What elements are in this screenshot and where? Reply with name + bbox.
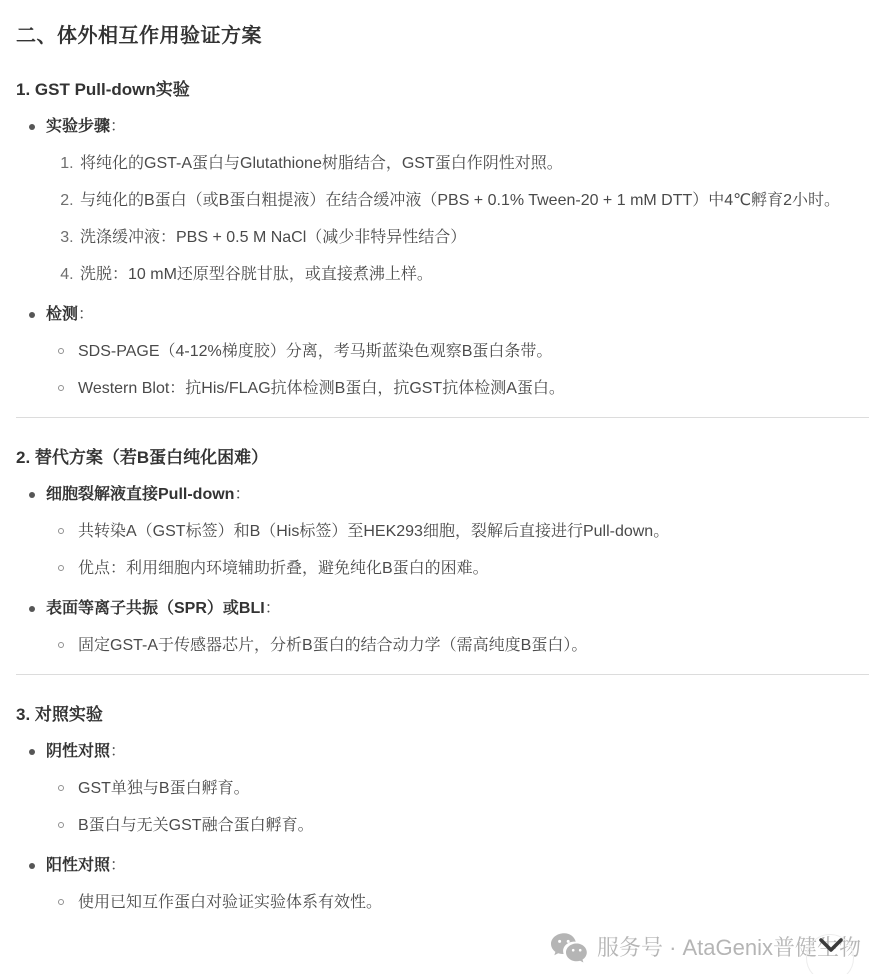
bullet-dot-icon xyxy=(29,124,35,130)
section3-heading: 3. 对照实验 xyxy=(16,703,869,727)
section-alternatives: 2. 替代方案（若B蛋白纯化困难） 细胞裂解液直接Pull-down： 共转染A… xyxy=(16,446,869,661)
negative-label-line: 阴性对照： xyxy=(46,737,869,767)
section-gst-pulldown: 1. GST Pull-down实验 实验步骤： 将纯化的GST-A蛋白与Glu… xyxy=(16,78,869,404)
detect-item-1: SDS-PAGE（4-12%梯度胶）分离，考马斯蓝染色观察B蛋白条带。 xyxy=(46,337,869,367)
bullet-dot-icon xyxy=(29,492,35,498)
circle-bullet-icon xyxy=(58,899,64,905)
spr-label: 表面等离子共振（SPR）或BLI xyxy=(46,600,265,617)
circle-bullet-icon xyxy=(58,642,64,648)
bullet-dot-icon xyxy=(29,312,35,318)
article-page: { "doc": { "title": "二、体外相互作用验证方案", "sec… xyxy=(0,0,885,974)
circle-bullet-icon xyxy=(58,785,64,791)
step-item-3: 洗涤缓冲液：PBS + 0.5 M NaCl（减少非特异性结合） xyxy=(78,223,869,253)
section2-bullet-list: 细胞裂解液直接Pull-down： 共转染A（GST标签）和B（His标签）至H… xyxy=(16,480,869,661)
lysate-sub-list: 共转染A（GST标签）和B（His标签）至HEK293细胞，裂解后直接进行Pul… xyxy=(46,517,869,584)
positive-sub-list: 使用已知互作蛋白对验证实验体系有效性。 xyxy=(46,888,869,918)
detect-sub-list: SDS-PAGE（4-12%梯度胶）分离，考马斯蓝染色观察B蛋白条带。 West… xyxy=(46,337,869,404)
section2-heading: 2. 替代方案（若B蛋白纯化困难） xyxy=(16,446,869,470)
positive-label: 阳性对照 xyxy=(46,857,110,874)
detect-colon: ： xyxy=(78,306,94,323)
section-divider xyxy=(16,417,869,418)
negative-colon: ： xyxy=(110,743,126,760)
page-title: 二、体外相互作用验证方案 xyxy=(16,22,869,50)
negative-label: 阴性对照 xyxy=(46,743,110,760)
circle-bullet-icon xyxy=(58,822,64,828)
section-divider xyxy=(16,674,869,675)
steps-numbered-list: 将纯化的GST-A蛋白与Glutathione树脂结合，GST蛋白作阴性对照。 … xyxy=(46,149,869,290)
bullet-positive-control: 阳性对照： 使用已知互作蛋白对验证实验体系有效性。 xyxy=(16,851,869,918)
step-item-1: 将纯化的GST-A蛋白与Glutathione树脂结合，GST蛋白作阴性对照。 xyxy=(78,149,869,179)
steps-colon: ： xyxy=(110,118,126,135)
spr-label-line: 表面等离子共振（SPR）或BLI： xyxy=(46,594,869,624)
section3-bullet-list: 阴性对照： GST单独与B蛋白孵育。 B蛋白与无关GST融合蛋白孵育。 阳性对照… xyxy=(16,737,869,918)
steps-label-line: 实验步骤： xyxy=(46,112,869,142)
detect-item-2: Western Blot：抗His/FLAG抗体检测B蛋白，抗GST抗体检测A蛋… xyxy=(46,374,869,404)
spr-item-1: 固定GST-A于传感器芯片，分析B蛋白的结合动力学（需高纯度B蛋白）。 xyxy=(46,631,869,661)
article-body: 二、体外相互作用验证方案 1. GST Pull-down实验 实验步骤： 将纯… xyxy=(0,0,885,918)
positive-item-1: 使用已知互作蛋白对验证实验体系有效性。 xyxy=(46,888,869,918)
bullet-dot-icon xyxy=(29,749,35,755)
bullet-dot-icon xyxy=(29,863,35,869)
section-controls: 3. 对照实验 阴性对照： GST单独与B蛋白孵育。 B蛋白与无关GST融合蛋白… xyxy=(16,703,869,918)
lysate-label-line: 细胞裂解液直接Pull-down： xyxy=(46,480,869,510)
negative-item-2: B蛋白与无关GST融合蛋白孵育。 xyxy=(46,811,869,841)
bullet-steps: 实验步骤： 将纯化的GST-A蛋白与Glutathione树脂结合，GST蛋白作… xyxy=(16,112,869,290)
detect-label: 检测 xyxy=(46,306,78,323)
spr-sub-list: 固定GST-A于传感器芯片，分析B蛋白的结合动力学（需高纯度B蛋白）。 xyxy=(46,631,869,661)
negative-sub-list: GST单独与B蛋白孵育。 B蛋白与无关GST融合蛋白孵育。 xyxy=(46,774,869,841)
lysate-item-2: 优点：利用细胞内环境辅助折叠，避免纯化B蛋白的困难。 xyxy=(46,554,869,584)
bullet-spr-bli: 表面等离子共振（SPR）或BLI： 固定GST-A于传感器芯片，分析B蛋白的结合… xyxy=(16,594,869,661)
negative-item-1: GST单独与B蛋白孵育。 xyxy=(46,774,869,804)
circle-bullet-icon xyxy=(58,348,64,354)
positive-colon: ： xyxy=(110,857,126,874)
detect-label-line: 检测： xyxy=(46,300,869,330)
bullet-dot-icon xyxy=(29,606,35,612)
circle-bullet-icon xyxy=(58,565,64,571)
step-item-4: 洗脱：10 mM还原型谷胱甘肽，或直接煮沸上样。 xyxy=(78,260,869,290)
steps-label: 实验步骤 xyxy=(46,118,110,135)
circle-bullet-icon xyxy=(58,528,64,534)
lysate-item-1: 共转染A（GST标签）和B（His标签）至HEK293细胞，裂解后直接进行Pul… xyxy=(46,517,869,547)
section1-heading: 1. GST Pull-down实验 xyxy=(16,78,869,102)
spr-colon: ： xyxy=(265,600,281,617)
chevron-down-icon xyxy=(817,937,845,955)
bullet-lysate-pulldown: 细胞裂解液直接Pull-down： 共转染A（GST标签）和B（His标签）至H… xyxy=(16,480,869,584)
bullet-detect: 检测： SDS-PAGE（4-12%梯度胶）分离，考马斯蓝染色观察B蛋白条带。 … xyxy=(16,300,869,404)
bullet-negative-control: 阴性对照： GST单独与B蛋白孵育。 B蛋白与无关GST融合蛋白孵育。 xyxy=(16,737,869,841)
collapse-button[interactable] xyxy=(806,934,854,974)
lysate-colon: ： xyxy=(234,486,250,503)
positive-label-line: 阳性对照： xyxy=(46,851,869,881)
circle-bullet-icon xyxy=(58,385,64,391)
lysate-label: 细胞裂解液直接Pull-down xyxy=(46,486,234,503)
step-item-2: 与纯化的B蛋白（或B蛋白粗提液）在结合缓冲液（PBS + 0.1% Tween-… xyxy=(78,186,869,216)
section1-bullet-list: 实验步骤： 将纯化的GST-A蛋白与Glutathione树脂结合，GST蛋白作… xyxy=(16,112,869,404)
wechat-logo-icon xyxy=(550,932,588,964)
